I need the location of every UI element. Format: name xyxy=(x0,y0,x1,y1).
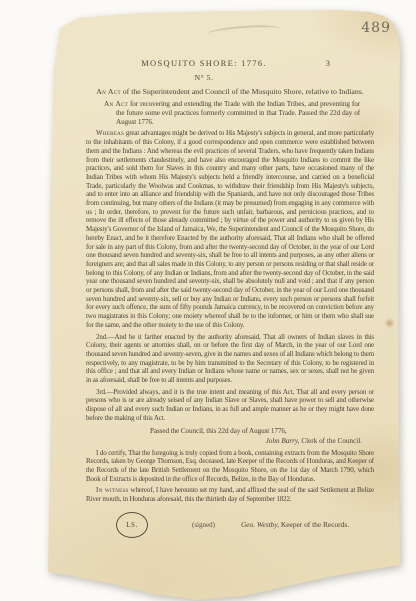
paragraph-text: great advantages might be derived to His… xyxy=(86,129,374,328)
document-page: 489 MOSQUITO SHORE: 1776. 3 N° 5. An Act… xyxy=(48,10,400,601)
seal-label: LS. xyxy=(126,521,137,529)
running-head-title: MOSQUITO SHORE: 1776. xyxy=(141,58,267,68)
paragraph-whereas: Whereas great advantages might be derive… xyxy=(86,129,374,329)
page-number: 3 xyxy=(326,58,330,68)
paragraph-text: whereof, I have hereunto set my hand, an… xyxy=(86,486,374,503)
clerk-title: Clerk of the Council. xyxy=(300,437,362,445)
witness-paragraph: In witness whereof, I have hereunto set … xyxy=(86,486,374,503)
act-title-lead: An Act xyxy=(96,87,121,96)
keeper-signature-line: Geo. Westby, Keeper of the Records. xyxy=(241,520,349,529)
paragraph-text: I do certify, That the foregoing is trul… xyxy=(86,449,374,483)
passed-line: Passed the Council, this 22d day of Augu… xyxy=(150,427,374,435)
signature-row: LS. (signed) Geo. Westby, Keeper of the … xyxy=(116,512,374,538)
keeper-name: Geo. Westby, xyxy=(241,520,279,529)
paragraph-2nd: 2nd.—And be it farther enacted by the au… xyxy=(86,333,374,385)
clerk-signature-line: John Barry, Clerk of the Council. xyxy=(86,437,362,445)
paragraph-text: 3rd.—Provided always, and it is the true… xyxy=(86,388,374,422)
page-content: MOSQUITO SHORE: 1776. 3 N° 5. An Act of … xyxy=(48,10,400,538)
act-number: N° 5. xyxy=(86,73,374,82)
act-title: An Act of the Superintendent and Council… xyxy=(86,87,374,96)
paragraph-3rd: 3rd.—Provided always, and it is the true… xyxy=(86,388,374,423)
signed-label: (signed) xyxy=(192,521,215,529)
seal-icon: LS. xyxy=(116,512,148,538)
act-title-rest: of the Superintendent and Council of the… xyxy=(121,87,364,96)
document-photo: 489 MOSQUITO SHORE: 1776. 3 N° 5. An Act… xyxy=(48,10,400,601)
act-abstract: An Act for recovering and extending the … xyxy=(116,100,360,126)
act-abstract-rest: for recovering and extending the Trade w… xyxy=(116,100,360,126)
act-abstract-lead: An Act xyxy=(104,100,128,108)
paragraph-lead: In witness xyxy=(96,486,129,494)
keeper-title: Keeper of the Records. xyxy=(279,520,349,529)
certify-paragraph: I do certify, That the foregoing is trul… xyxy=(86,449,374,484)
running-head: MOSQUITO SHORE: 1776. 3 xyxy=(86,58,374,68)
paragraph-lead: Whereas xyxy=(96,129,124,137)
folio-number: 489 xyxy=(361,20,391,36)
paragraph-text: 2nd.—And be it farther enacted by the au… xyxy=(86,333,374,385)
clerk-name: John Barry, xyxy=(266,437,300,445)
